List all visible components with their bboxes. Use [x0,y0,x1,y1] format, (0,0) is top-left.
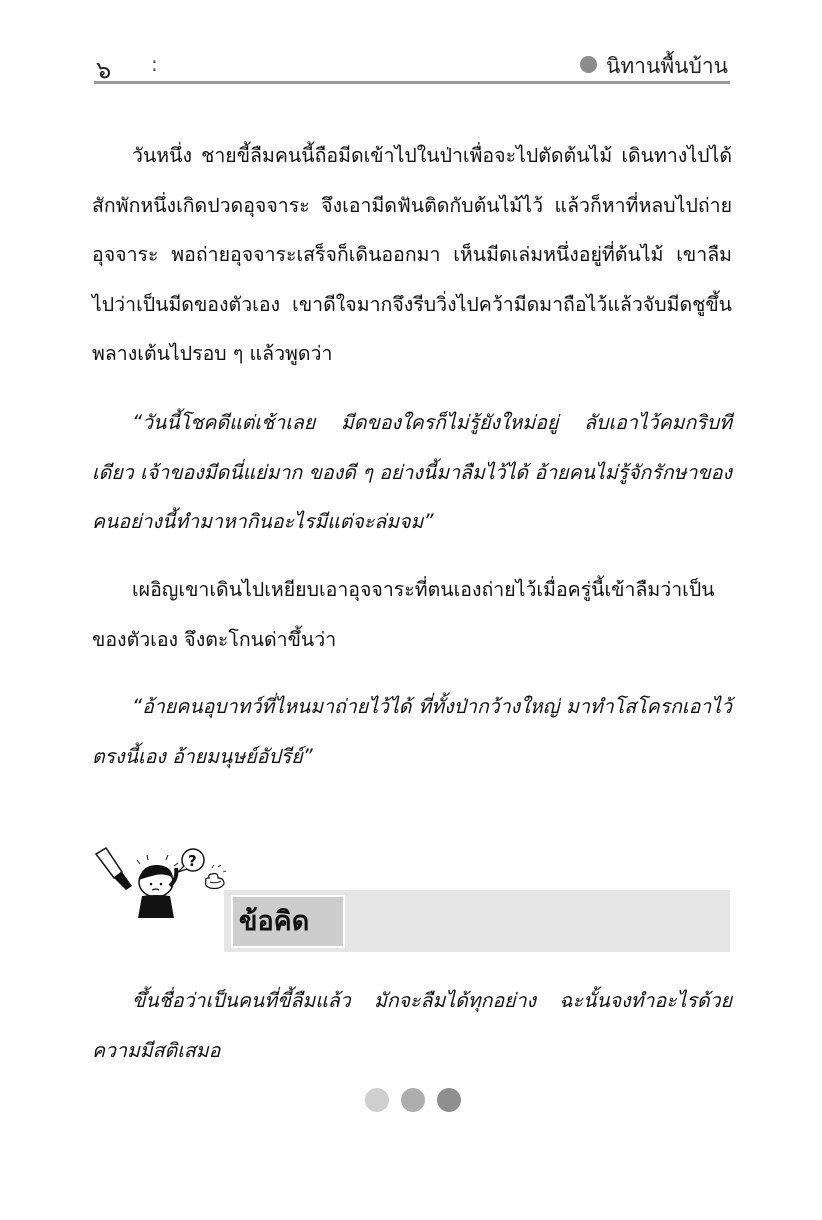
moral-heading: ข้อคิด [231,895,345,948]
header-separator: : [151,52,158,76]
footer-dot-icon [365,1088,389,1112]
page-footer-ornament [365,1088,461,1112]
header-divider [94,81,730,84]
footer-dot-icon [437,1088,461,1112]
story-paragraph-2: เผอิญเขาเดินไปเหยียบเอาอุจจาระที่ตนเองถ่… [92,565,732,664]
svg-text:?: ? [188,852,197,870]
confused-person-illustration-icon: ? [92,842,228,920]
book-title: นิทานพื้นบ้าน [606,50,728,83]
footer-dot-icon [401,1088,425,1112]
story-quote-2: “อ้ายคนอุบาทว์ที่ไหนมาถ่ายไว้ได้ ที่ทั้ง… [92,682,732,781]
story-paragraph-1: วันหนึ่ง ชายขี้ลืมคนนี้ถือมีดเข้าไปในป่า… [92,131,732,379]
bullet-dot-icon [580,56,597,73]
story-quote-1: “วันนี้โชคดีแต่เช้าเลย มีดของใครก็ไม่รู้… [92,398,732,547]
moral-text: ขึ้นชื่อว่าเป็นคนที่ขี้ลืมแล้ว มักจะลืมไ… [92,976,732,1075]
page-header: ๖ : นิทานพื้นบ้าน [94,48,730,82]
